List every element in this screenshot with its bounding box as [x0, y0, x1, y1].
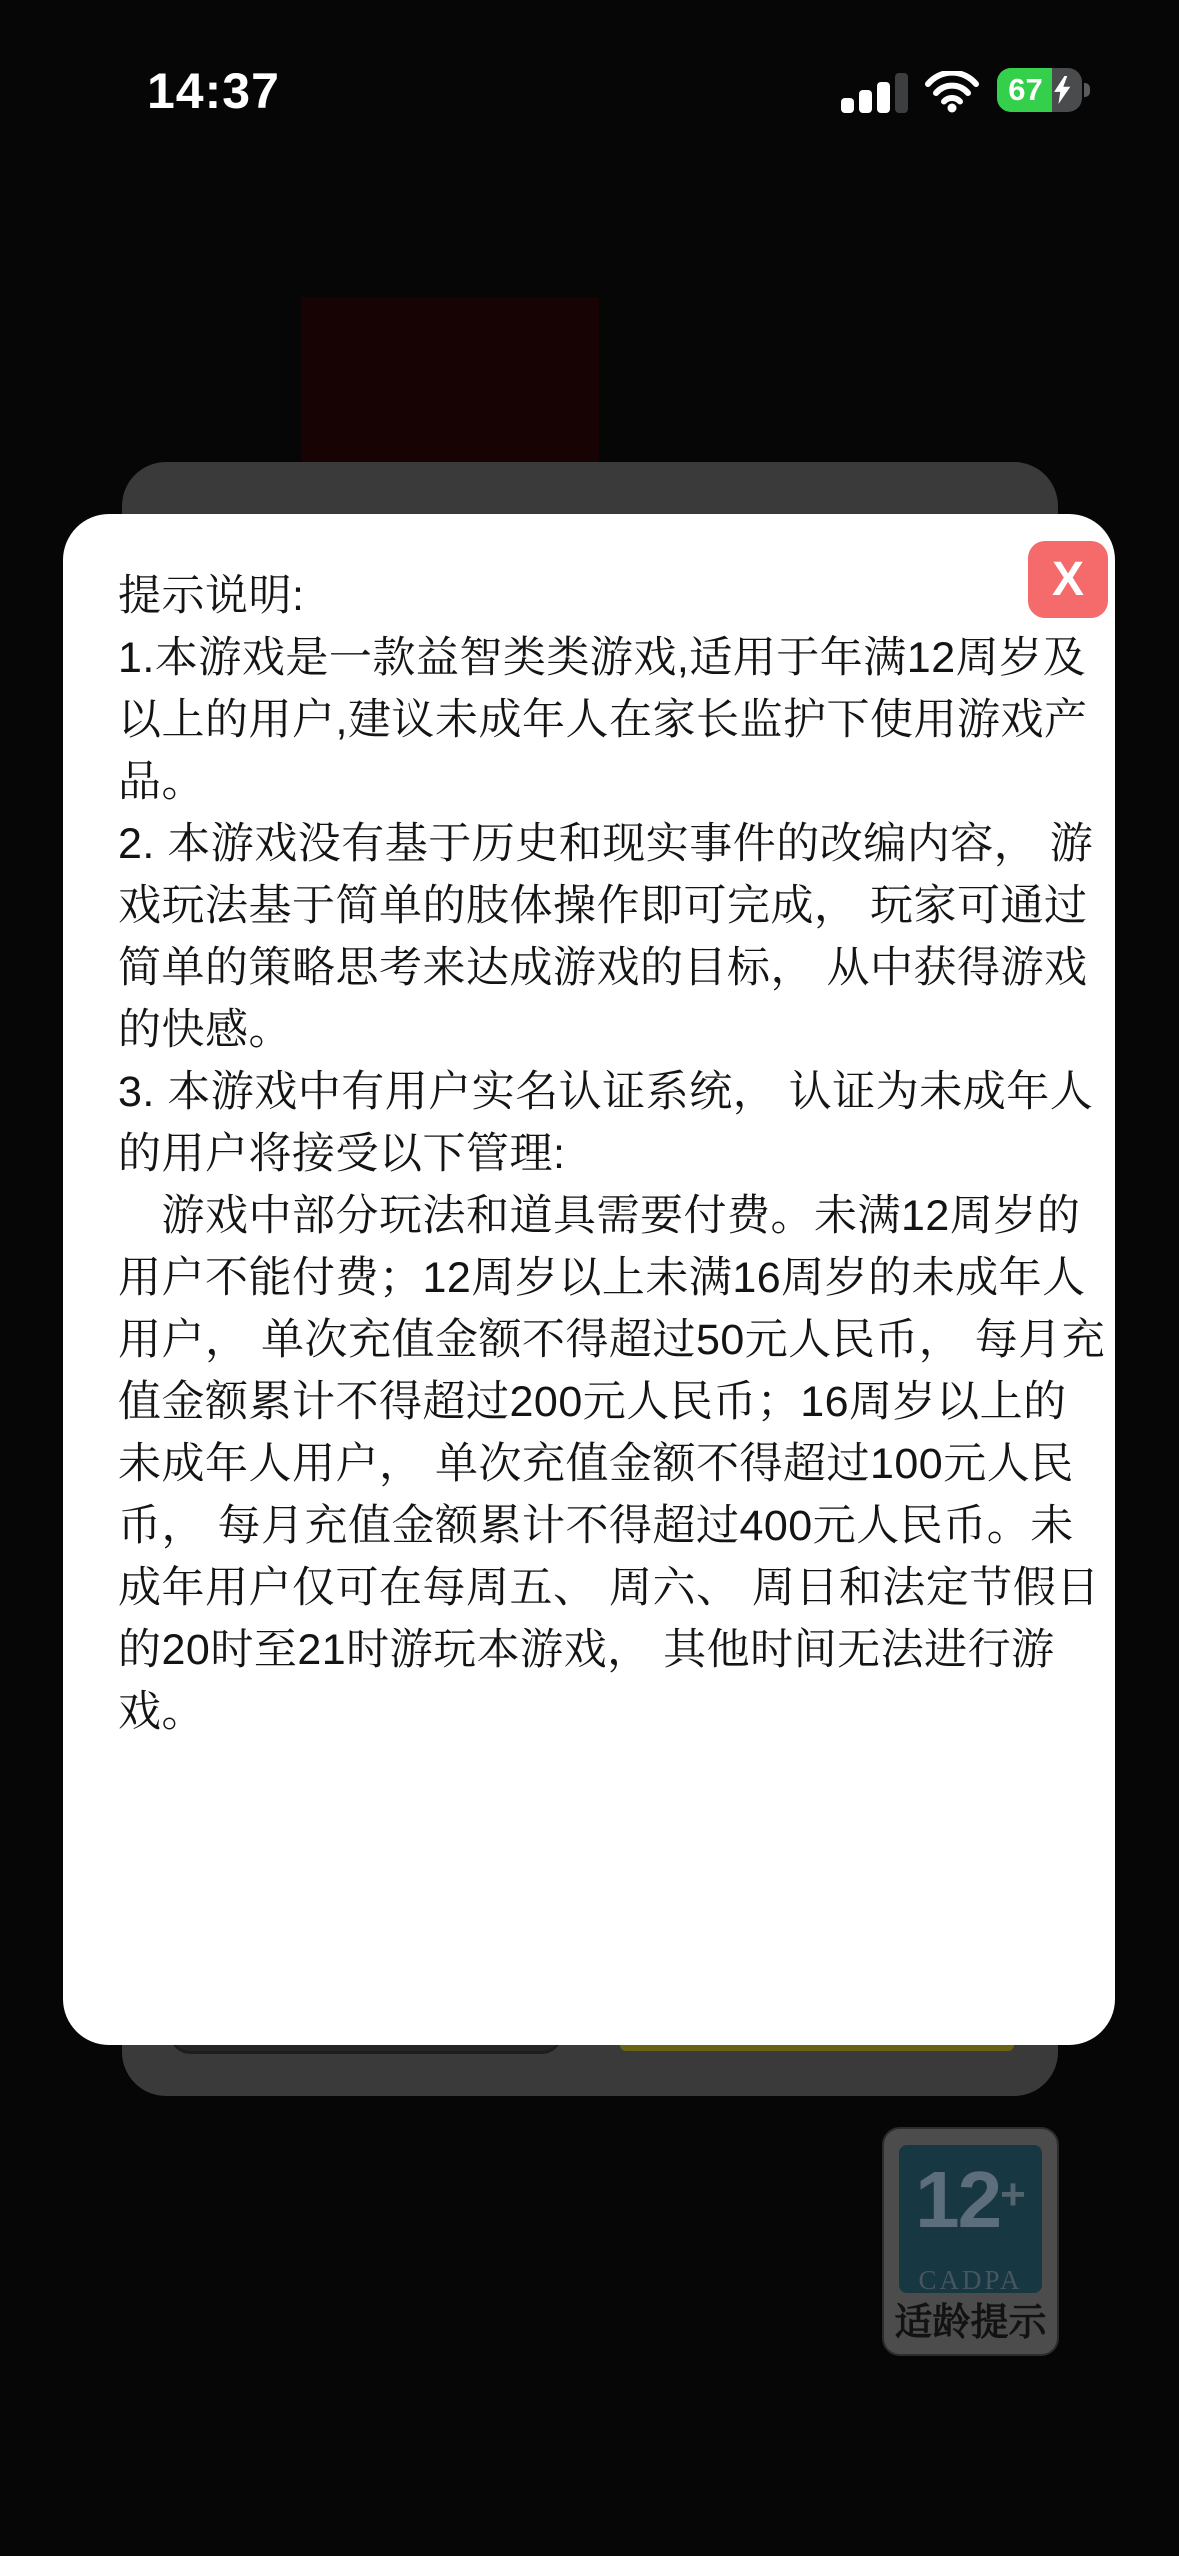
notice-line: 品。: [118, 751, 1078, 813]
notice-line: 3. 本游戏中有用户实名认证系统， 认证为未成年人: [118, 1061, 1078, 1123]
wifi-icon: [924, 71, 980, 113]
age-badge-caption: 适龄提示: [884, 2291, 1057, 2346]
notice-line: 值金额累计不得超过200元人民币；16周岁以上的: [118, 1371, 1078, 1433]
notice-line: 用户不能付费；12周岁以上未满16周岁的未成年人: [118, 1247, 1078, 1309]
notice-text: 提示说明: 1.本游戏是一款益智类类游戏,适用于年满12周岁及 以上的用户,建议…: [118, 565, 1078, 1743]
age-rating: 12+: [899, 2155, 1042, 2263]
notice-line: 游戏中部分玩法和道具需要付费。未满12周岁的: [118, 1185, 1078, 1247]
notice-line: 成年用户仅可在每周五、 周六、 周日和法定节假日: [118, 1557, 1078, 1619]
notice-line: 的快感。: [118, 999, 1078, 1061]
age-rating-plus: +: [1000, 2170, 1026, 2219]
notice-line: 戏玩法基于简单的肢体操作即可完成， 玩家可通过: [118, 875, 1078, 937]
status-time: 14:37: [147, 62, 280, 120]
notice-line: 提示说明:: [118, 565, 1078, 627]
charging-bolt-icon: [1054, 76, 1071, 104]
notice-line: 1.本游戏是一款益智类类游戏,适用于年满12周岁及: [118, 627, 1078, 689]
notice-line: 戏。: [118, 1681, 1078, 1743]
cadpa-age-badge[interactable]: 12+ CADPA 适龄提示: [882, 2127, 1059, 2356]
battery-icon: 67: [997, 68, 1082, 112]
notice-line: 简单的策略思考来达成游戏的目标， 从中获得游戏: [118, 937, 1078, 999]
age-rating-number: 12: [915, 2155, 1000, 2244]
status-bar: 14:37 67: [0, 0, 1179, 130]
notice-line: 2. 本游戏没有基于历史和现实事件的改编内容， 游: [118, 813, 1078, 875]
notice-line: 以上的用户,建议未成年人在家长监护下使用游戏产: [118, 689, 1078, 751]
cellular-signal-icon: [841, 72, 909, 113]
notice-line: 用户， 单次充值金额不得超过50元人民币， 每月充: [118, 1309, 1078, 1371]
battery-cap: [1084, 83, 1090, 97]
battery-percent: 67: [997, 72, 1054, 108]
notice-line: 未成年人用户， 单次充值金额不得超过100元人民: [118, 1433, 1078, 1495]
game-logo-area: [301, 297, 599, 463]
notice-line: 的20时至21时游玩本游戏， 其他时间无法进行游: [118, 1619, 1078, 1681]
notice-line: 的用户将接受以下管理:: [118, 1123, 1078, 1185]
cadpa-badge-artwork: 12+ CADPA: [899, 2145, 1042, 2293]
age-notice-dialog: X 提示说明: 1.本游戏是一款益智类类游戏,适用于年满12周岁及 以上的用户,…: [63, 514, 1115, 2045]
notice-line: 币， 每月充值金额累计不得超过400元人民币。未: [118, 1495, 1078, 1557]
